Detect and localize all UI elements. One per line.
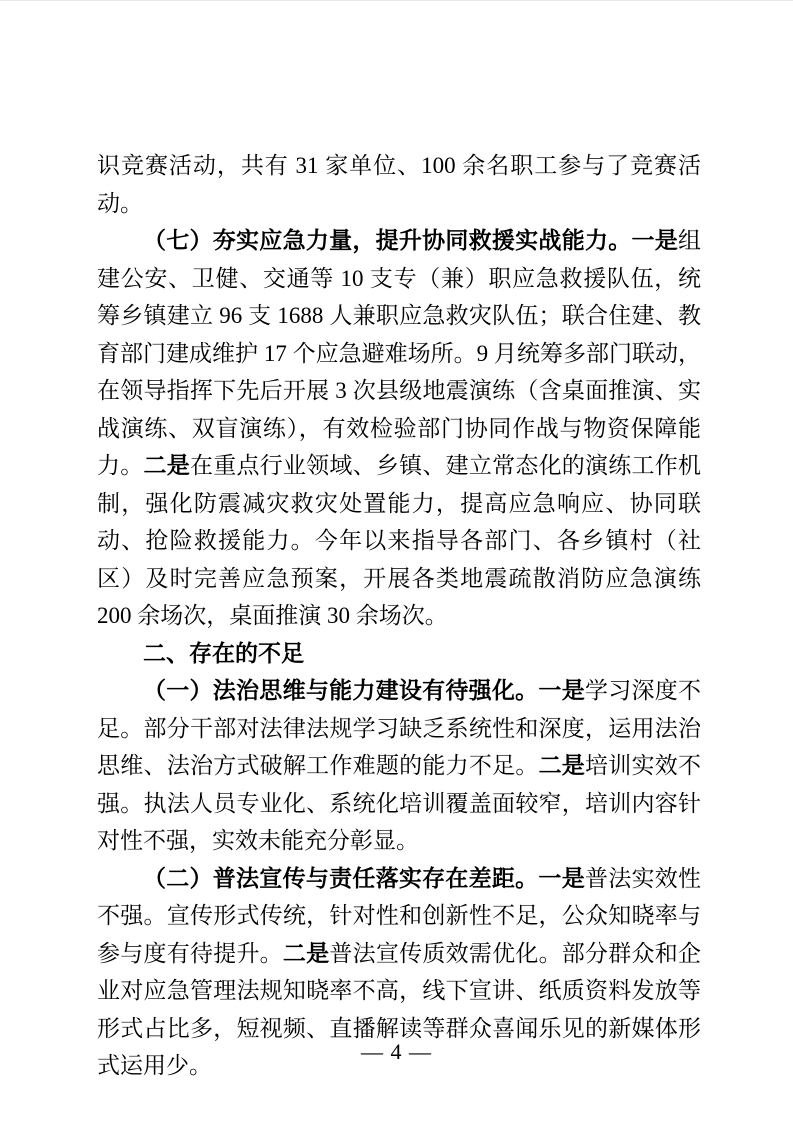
- document-page: 识竞赛活动，共有 31 家单位、100 余名职工参与了竞赛活动。（七）夯实应急力…: [0, 0, 793, 1123]
- paragraph: （一）法治思维与能力建设有待强化。一是学习深度不足。部分干部对法律法规学习缺乏系…: [97, 672, 701, 860]
- emphasized-text-run: 二、存在的不足: [143, 640, 304, 666]
- emphasized-text-run: 二是: [283, 941, 329, 966]
- emphasized-text-run: （二）普法宣传与责任落实存在差距。一是: [143, 866, 585, 891]
- document-body: 识竞赛活动，共有 31 家单位、100 余名职工参与了竞赛活动。（七）夯实应急力…: [97, 147, 701, 1085]
- text-run: 在重点行业领域、乡镇、建立常态化的演练工作机制，强化防震减灾救灾处置能力，提高应…: [97, 453, 701, 628]
- section-heading: 二、存在的不足: [97, 635, 701, 673]
- text-run: 组建公安、卫健、交通等 10 支专（兼）职应急救援队伍，统筹乡镇建立 96 支 …: [97, 228, 701, 478]
- emphasized-text-run: （七）夯实应急力量，提升协同救援实战能力。一是: [143, 228, 678, 253]
- emphasized-text-run: （一）法治思维与能力建设有待强化。一是: [143, 678, 585, 703]
- paragraph: （七）夯实应急力量，提升协同救援实战能力。一是组建公安、卫健、交通等 10 支专…: [97, 222, 701, 635]
- emphasized-text-run: 二是: [143, 453, 189, 478]
- paragraph: 识竞赛活动，共有 31 家单位、100 余名职工参与了竞赛活动。: [97, 147, 701, 222]
- page-number: — 4 —: [0, 1037, 793, 1067]
- emphasized-text-run: 二是: [539, 753, 585, 778]
- text-run: 识竞赛活动，共有 31 家单位、100 余名职工参与了竞赛活动。: [97, 153, 701, 216]
